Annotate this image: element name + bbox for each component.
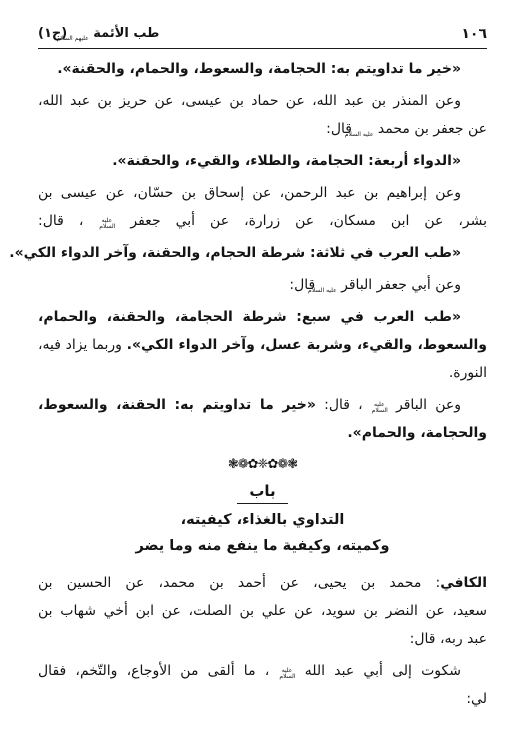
honorific-symbol: عليه السلام	[279, 668, 296, 680]
text-line: وعن المنذر بن عبد الله، عن حماد بن عيسى،…	[38, 87, 487, 115]
text-line: بشر، عن ابن مسكان، عن زرارة، عن أبي جعفر…	[38, 207, 487, 235]
paragraph: وعن أبي جعفر الباقر عليه السلام قال:	[38, 271, 487, 299]
paragraph: وعن إبراهيم بن عبد الرحمن، عن إسحاق بن ح…	[38, 179, 487, 235]
text-line: عن جعفر بن محمد عليه السلام قال:	[38, 115, 487, 143]
paragraph: شكوت إلى أبي عبد الله عليه السلام ، ما أ…	[38, 657, 487, 713]
book-title: طب الأئمة عليهم السلام (ج١)	[38, 26, 159, 42]
text-line: «خير ما تداويتم به: الحجامة، والسعوط، وا…	[38, 55, 487, 83]
chapter-title-line1: التداوي بالغذاء، كيفيته،	[38, 507, 487, 533]
text-segment: وعن أبي جعفر الباقر	[337, 277, 461, 293]
text-line: والحجامة، والحمام».	[38, 419, 487, 447]
text-line: الكافي: محمد بن يحيى، عن أحمد بن محمد، ع…	[38, 569, 487, 597]
section-divider-ornament: ❃❁✿❈✿❁❃	[38, 453, 487, 477]
text-line: «الدواء أربعة: الحجامة، والطلاء، والقيء،…	[38, 147, 487, 175]
text-segment: «الدواء أربعة: الحجامة، والطلاء، والقيء،…	[112, 153, 461, 169]
paragraph: الكافي: محمد بن يحيى، عن أحمد بن محمد، ع…	[38, 569, 487, 653]
text-line: «طب العرب في سبع: شرطة الحجامة، والحقنة،…	[38, 303, 487, 331]
text-segment: عن جعفر بن محمد	[373, 121, 487, 137]
text-segment: ، ما ألقى من الأوجاع، والتّخم، فقال	[38, 663, 279, 679]
page-number: ١٠٦	[461, 26, 487, 42]
body-text-lower: الكافي: محمد بن يحيى، عن أحمد بن محمد، ع…	[38, 569, 487, 713]
honorific-symbol: عليه السلام	[98, 218, 115, 230]
text-segment: «خير ما تداويتم به: الحجامة، والسعوط، وا…	[57, 61, 461, 77]
text-segment: «خير ما تداويتم به: الحقنة، والسعوط،	[38, 397, 316, 413]
text-segment: لي:	[466, 691, 487, 707]
text-segment: والحجامة، والحمام».	[347, 425, 487, 441]
page-header: ١٠٦ طب الأئمة عليهم السلام (ج١)	[38, 26, 487, 49]
text-segment: «طب العرب في ثلاثة: شرطة الحجام، والحقنة…	[9, 245, 461, 261]
book-title-text: طب الأئمة	[93, 26, 159, 41]
book-page: ١٠٦ طب الأئمة عليهم السلام (ج١) «خير ما …	[0, 0, 525, 744]
paragraph: «خير ما تداويتم به: الحجامة، والسعوط، وا…	[38, 55, 487, 83]
chapter-title-line2: وكميته، وكيفية ما ينفع منه وما يضر	[38, 533, 487, 559]
text-segment: وربما يزاد فيه،	[38, 337, 127, 353]
paragraph: «طب العرب في ثلاثة: شرطة الحجام، والحقنة…	[38, 239, 487, 267]
text-segment: عبد ربه، قال:	[410, 631, 487, 647]
paragraph: وعن المنذر بن عبد الله، عن حماد بن عيسى،…	[38, 87, 487, 143]
text-line: النورة.	[38, 359, 487, 387]
honorific-symbol: عليه السلام	[371, 402, 388, 414]
honorific-symbol: عليهم السلام	[72, 36, 89, 42]
text-segment: وعن المنذر بن عبد الله، عن حماد بن عيسى،…	[38, 93, 461, 109]
text-segment: «طب العرب في سبع: شرطة الحجامة، والحقنة،…	[38, 309, 461, 325]
text-segment: النورة.	[449, 365, 487, 381]
paragraph: وعن الباقر عليه السلام ، قال: «خير ما تد…	[38, 391, 487, 447]
text-line: شكوت إلى أبي عبد الله عليه السلام ، ما أ…	[38, 657, 487, 685]
text-line: سعيد، عن النضر بن سويد، عن علي بن الصلت،…	[38, 597, 487, 625]
text-line: عبد ربه، قال:	[38, 625, 487, 653]
text-segment: بشر، عن ابن مسكان، عن زرارة، عن أبي جعفر	[115, 213, 487, 229]
text-segment: ، قال:	[38, 213, 98, 229]
text-segment: سعيد، عن النضر بن سويد، عن علي بن الصلت،…	[38, 603, 487, 619]
text-segment: وعن الباقر	[388, 397, 461, 413]
text-line: وعن الباقر عليه السلام ، قال: «خير ما تد…	[38, 391, 487, 419]
text-segment: وعن إبراهيم بن عبد الرحمن، عن إسحاق بن ح…	[38, 185, 461, 201]
text-line: وعن أبي جعفر الباقر عليه السلام قال:	[38, 271, 487, 299]
text-line: لي:	[38, 685, 487, 713]
body-text-upper: «خير ما تداويتم به: الحجامة، والسعوط، وا…	[38, 55, 487, 447]
paragraph: «طب العرب في سبع: شرطة الحجامة، والحقنة،…	[38, 303, 487, 387]
text-line: «طب العرب في ثلاثة: شرطة الحجام، والحقنة…	[38, 239, 487, 267]
honorific-symbol: عليه السلام	[320, 288, 337, 294]
text-segment: : محمد بن يحيى، عن أحمد بن محمد، عن الحس…	[38, 575, 440, 591]
paragraph: «الدواء أربعة: الحجامة، والطلاء، والقيء،…	[38, 147, 487, 175]
text-segment: والسعوط، والقيء، وشربة عسل، وآخر الدواء …	[127, 337, 487, 353]
text-line: والسعوط، والقيء، وشربة عسل، وآخر الدواء …	[38, 331, 487, 359]
honorific-symbol: عليه السلام	[356, 132, 373, 138]
text-line: وعن إبراهيم بن عبد الرحمن، عن إسحاق بن ح…	[38, 179, 487, 207]
chapter-heading: باب	[38, 481, 487, 507]
text-segment: شكوت إلى أبي عبد الله	[296, 663, 461, 679]
text-segment: ، قال:	[316, 397, 371, 413]
text-segment: الكافي	[440, 575, 487, 591]
chapter-bab-label: باب	[237, 482, 287, 504]
